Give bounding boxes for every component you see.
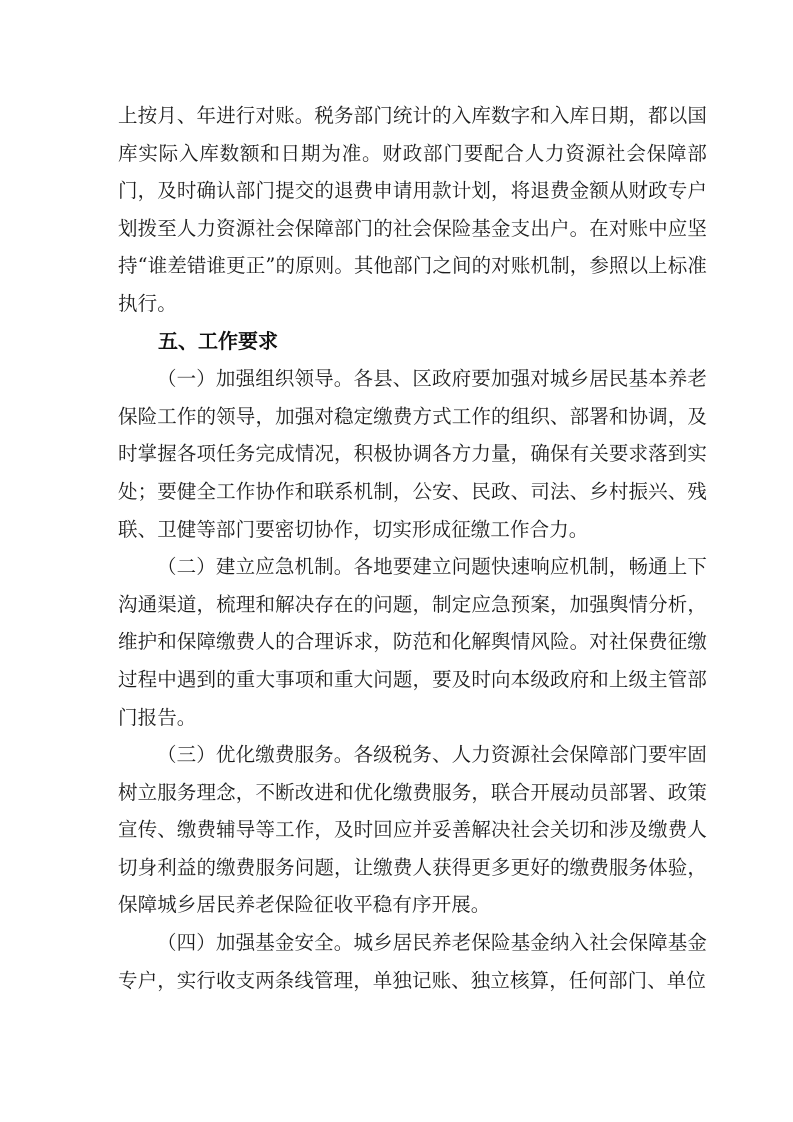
paragraph-item-1: （一）加强组织领导。各县、区政府要加强对城乡居民基本养老保险工作的领导，加强对稳… bbox=[118, 360, 707, 548]
paragraph-item-4: （四）加强基金安全。城乡居民养老保险基金纳入社会保障基金专户，实行收支两条线管理… bbox=[118, 924, 707, 999]
document-page: 上按月、年进行对账。税务部门统计的入库数字和入库日期，都以国库实际入库数额和日期… bbox=[0, 0, 793, 1122]
section-heading-work-requirements: 五、工作要求 bbox=[118, 323, 707, 361]
paragraph-continuation: 上按月、年进行对账。税务部门统计的入库数字和入库日期，都以国库实际入库数额和日期… bbox=[118, 97, 707, 323]
paragraph-item-2: （二）建立应急机制。各地要建立问题快速响应机制，畅通上下沟通渠道，梳理和解决存在… bbox=[118, 548, 707, 736]
paragraph-item-3: （三）优化缴费服务。各级税务、人力资源社会保障部门要牢固树立服务理念，不断改进和… bbox=[118, 736, 707, 924]
